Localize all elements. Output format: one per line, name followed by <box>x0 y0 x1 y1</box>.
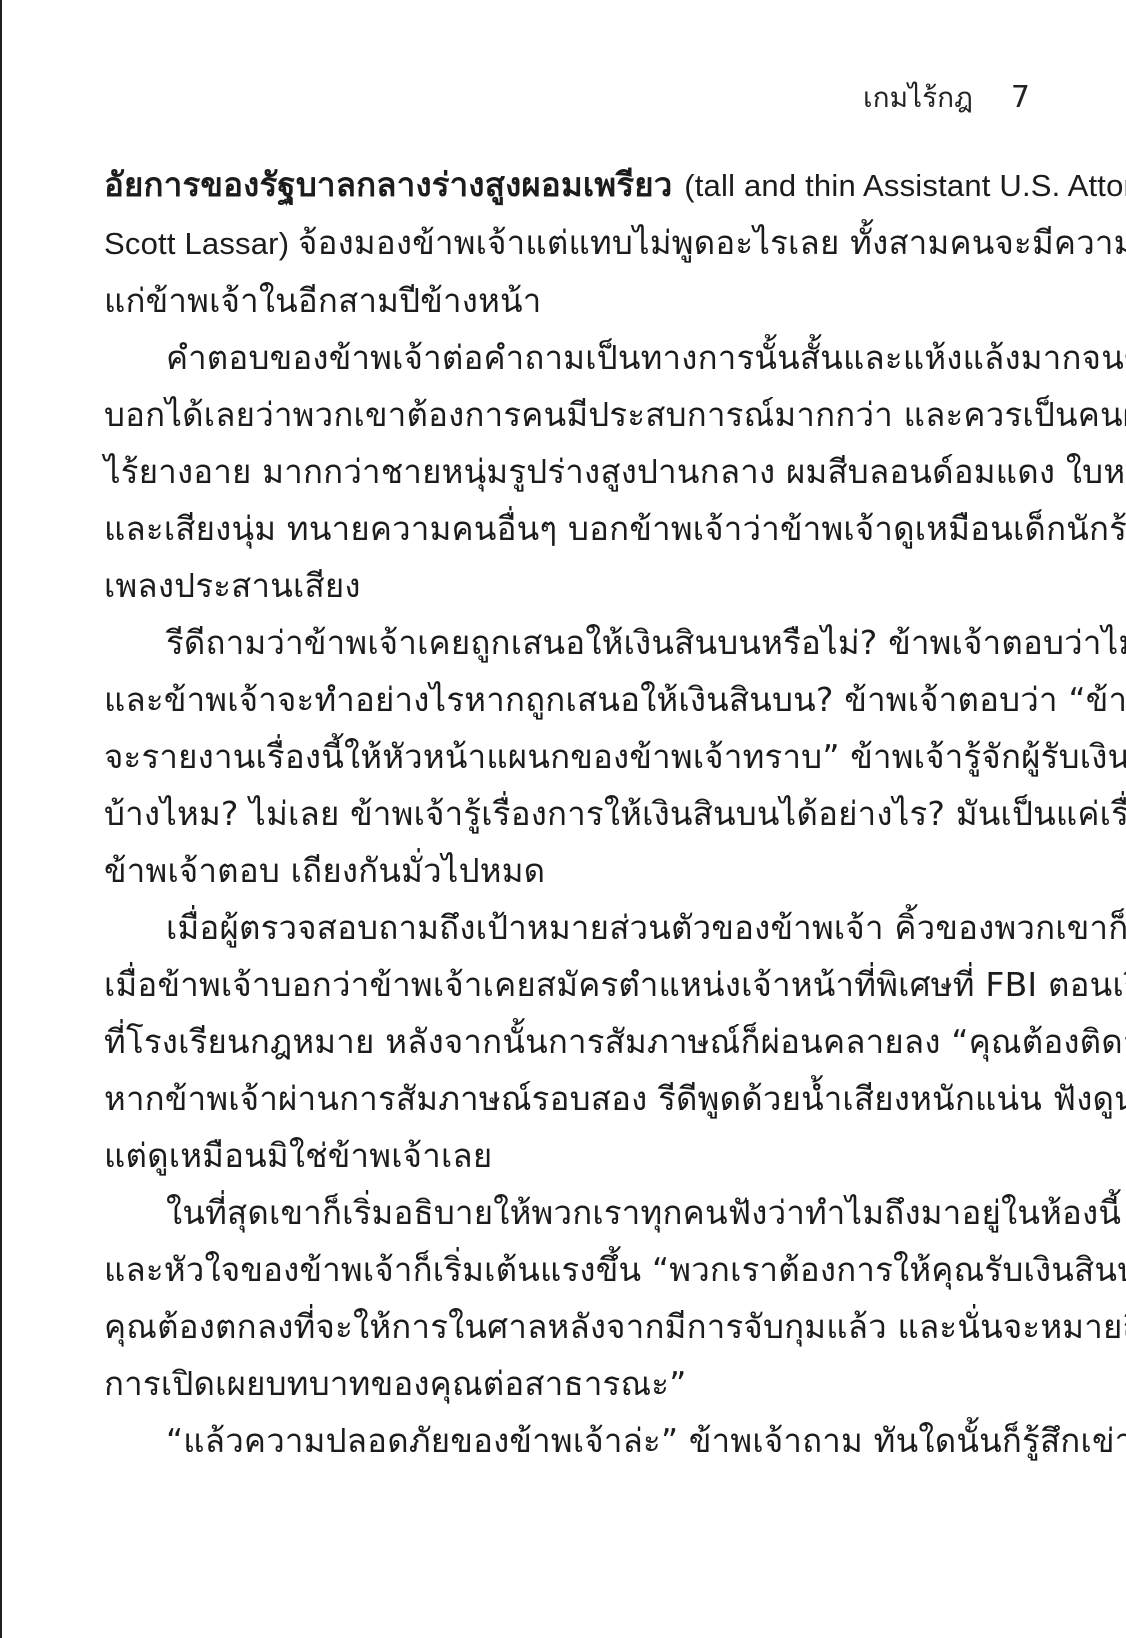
text-segment-body: แต่ดูเหมือนมิใช่ข้าพเจ้าเลย <box>104 1136 492 1175</box>
text-segment-body: รีดีถามว่าข้าพเจ้าเคยถูกเสนอให้เงินสินบน… <box>166 623 1126 662</box>
text-line: และหัวใจของข้าพเจ้าก็เริ่มเต้นแรงขึ้น “พ… <box>104 1241 1032 1298</box>
paragraph: เมื่อผู้ตรวจสอบถามถึงเป้าหมายส่วนตัวของข… <box>104 899 1032 1184</box>
text-segment-body: ไร้ยางอาย มากกว่าชายหนุ่มรูปร่างสูงปานกล… <box>104 452 1126 491</box>
text-segment-body: ในที่สุดเขาก็เริ่มอธิบายให้พวกเราทุกคนฟั… <box>166 1193 1121 1232</box>
text-segment-body: บอกได้เลยว่าพวกเขาต้องการคนมีประสบการณ์ม… <box>104 395 1126 434</box>
page-body: อัยการของรัฐบาลกลางร่างสูงผอมเพรียว (tal… <box>104 156 1032 1469</box>
text-segment-body: และข้าพเจ้าจะทำอย่างไรหากถูกเสนอให้เงินส… <box>104 680 1126 719</box>
text-segment-body: บ้างไหม? ไม่เลย ข้าพเจ้ารู้เรื่องการให้เ… <box>104 794 1126 833</box>
paragraph: คำตอบของข้าพเจ้าต่อคำถามเป็นทางการนั้นสั… <box>104 329 1032 614</box>
text-segment-thai-bold: อัยการของรัฐบาลกลางร่างสูงผอมเพรียว <box>104 165 684 204</box>
paragraph: อัยการของรัฐบาลกลางร่างสูงผอมเพรียว (tal… <box>104 156 1032 329</box>
text-line: แต่ดูเหมือนมิใช่ข้าพเจ้าเลย <box>104 1127 1032 1184</box>
text-line: จะรายงานเรื่องนี้ให้หัวหน้าแผนกของข้าพเจ… <box>104 728 1032 785</box>
page-number: 7 <box>1011 80 1030 116</box>
text-line: คำตอบของข้าพเจ้าต่อคำถามเป็นทางการนั้นสั… <box>104 329 1032 386</box>
text-line: บ้างไหม? ไม่เลย ข้าพเจ้ารู้เรื่องการให้เ… <box>104 785 1032 842</box>
running-title: เกมไร้กฎ <box>863 81 973 115</box>
text-line: การเปิดเผยบทบาทของคุณต่อสาธารณะ” <box>104 1355 1032 1412</box>
text-segment-latin: Scott Lassar) <box>104 226 298 261</box>
paragraph: รีดีถามว่าข้าพเจ้าเคยถูกเสนอให้เงินสินบน… <box>104 614 1032 899</box>
text-line: ที่โรงเรียนกฎหมาย หลังจากนั้นการสัมภาษณ์… <box>104 1013 1032 1070</box>
text-segment-body: ที่โรงเรียนกฎหมาย หลังจากนั้นการสัมภาษณ์… <box>104 1022 1126 1061</box>
text-segment-body: คุณต้องตกลงที่จะให้การในศาลหลังจากมีการจ… <box>104 1307 1126 1346</box>
text-line: หากข้าพเจ้าผ่านการสัมภาษณ์รอบสอง รีดีพูด… <box>104 1070 1032 1127</box>
paragraph: ในที่สุดเขาก็เริ่มอธิบายให้พวกเราทุกคนฟั… <box>104 1184 1032 1412</box>
text-line: ไร้ยางอาย มากกว่าชายหนุ่มรูปร่างสูงปานกล… <box>104 443 1032 500</box>
text-segment-body: เมื่อข้าพเจ้าบอกว่าข้าพเจ้าเคยสมัครตำแหน… <box>104 965 1126 1004</box>
text-line: เพลงประสานเสียง <box>104 557 1032 614</box>
text-line: คุณต้องตกลงที่จะให้การในศาลหลังจากมีการจ… <box>104 1298 1032 1355</box>
text-line: “แล้วความปลอดภัยของข้าพเจ้าล่ะ” ข้าพเจ้า… <box>104 1412 1032 1469</box>
paragraph: “แล้วความปลอดภัยของข้าพเจ้าล่ะ” ข้าพเจ้า… <box>104 1412 1032 1469</box>
text-segment-body: “แล้วความปลอดภัยของข้าพเจ้าล่ะ” ข้าพเจ้า… <box>166 1421 1126 1460</box>
text-segment-body: ข้าพเจ้าตอบ เถียงกันมั่วไปหมด <box>104 851 545 890</box>
page-header: เกมไร้กฎ 7 <box>863 80 1030 116</box>
text-segment-body: และหัวใจของข้าพเจ้าก็เริ่มเต้นแรงขึ้น “พ… <box>104 1250 1126 1289</box>
text-segment-body: การเปิดเผยบทบาทของคุณต่อสาธารณะ” <box>104 1364 687 1403</box>
page-edge-line <box>0 0 2 1638</box>
text-segment-body: และเสียงนุ่ม ทนายความคนอื่นๆ บอกข้าพเจ้า… <box>104 509 1126 548</box>
text-line: อัยการของรัฐบาลกลางร่างสูงผอมเพรียว (tal… <box>104 156 1032 214</box>
text-line: ในที่สุดเขาก็เริ่มอธิบายให้พวกเราทุกคนฟั… <box>104 1184 1032 1241</box>
text-line: Scott Lassar) จ้องมองข้าพเจ้าแต่แทบไม่พู… <box>104 214 1032 272</box>
text-segment-body: จ้องมองข้าพเจ้าแต่แทบไม่พูดอะไรเลย ทั้งส… <box>298 223 1126 262</box>
text-line: ข้าพเจ้าตอบ เถียงกันมั่วไปหมด <box>104 842 1032 899</box>
text-line: เมื่อผู้ตรวจสอบถามถึงเป้าหมายส่วนตัวของข… <box>104 899 1032 956</box>
text-line: บอกได้เลยว่าพวกเขาต้องการคนมีประสบการณ์ม… <box>104 386 1032 443</box>
text-segment-body: คำตอบของข้าพเจ้าต่อคำถามเป็นทางการนั้นสั… <box>166 338 1126 377</box>
text-segment-latin: (tall and thin Assistant U.S. Attorney <box>684 168 1126 203</box>
text-line: เมื่อข้าพเจ้าบอกว่าข้าพเจ้าเคยสมัครตำแหน… <box>104 956 1032 1013</box>
text-line: แก่ข้าพเจ้าในอีกสามปีข้างหน้า <box>104 272 1032 329</box>
text-segment-body: เมื่อผู้ตรวจสอบถามถึงเป้าหมายส่วนตัวของข… <box>166 908 1126 947</box>
text-line: และข้าพเจ้าจะทำอย่างไรหากถูกเสนอให้เงินส… <box>104 671 1032 728</box>
text-line: รีดีถามว่าข้าพเจ้าเคยถูกเสนอให้เงินสินบน… <box>104 614 1032 671</box>
text-segment-body: เพลงประสานเสียง <box>104 566 361 605</box>
text-segment-body: จะรายงานเรื่องนี้ให้หัวหน้าแผนกของข้าพเจ… <box>104 737 1126 776</box>
text-segment-body: หากข้าพเจ้าผ่านการสัมภาษณ์รอบสอง รีดีพูด… <box>104 1079 1126 1118</box>
text-line: และเสียงนุ่ม ทนายความคนอื่นๆ บอกข้าพเจ้า… <box>104 500 1032 557</box>
text-segment-body: แก่ข้าพเจ้าในอีกสามปีข้างหน้า <box>104 281 542 320</box>
